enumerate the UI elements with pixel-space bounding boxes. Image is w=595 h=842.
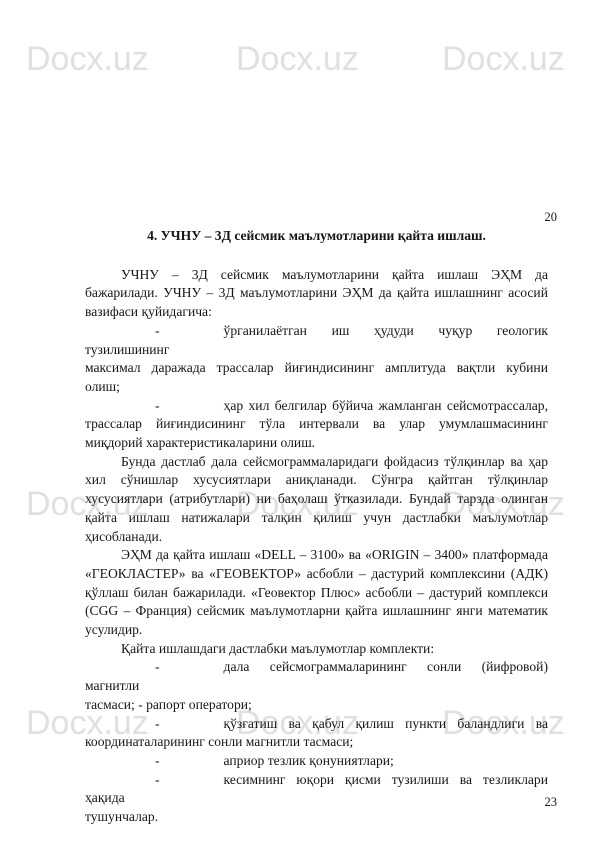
document-content: 4. УЧНУ – 3Д сейсмик маълумотларини қайт… — [85, 0, 548, 827]
text-line: УЧНУ – 3Д сейсмик маълумотларини қайта и… — [85, 266, 548, 285]
heading-gap — [85, 246, 548, 266]
document-page: Docx.uz Docx.uz Docx.uz Docx.uz Docx.uz … — [0, 0, 595, 842]
bullet-line: -априор тезлик қонуниятлари; — [85, 752, 548, 771]
paragraph-bullet-3: -дала сейсмограммаларининг сонли (йифров… — [85, 658, 548, 714]
text-line: координаталарининг сонли магнитли тасмас… — [85, 733, 548, 752]
text-line: ҳисобланади. — [85, 528, 548, 547]
bullet-line: -қўзғатиш ва қабул қилиш пункти баландли… — [85, 715, 548, 734]
text-line: «ГЕОКЛАСТЕР» ва «ГЕОВЕКТОР» асбобли – да… — [85, 565, 548, 584]
text-line: максимал даражада трассалар йиғиндисинин… — [85, 359, 548, 378]
text-line: қўллаш билан бажарилади. «Геовектор Плюс… — [85, 584, 548, 603]
paragraph-bullet-5: -априор тезлик қонуниятлари; — [85, 752, 548, 771]
text-line: тасмаси; - рапорт оператори; — [85, 696, 548, 715]
paragraph-bullet-4: -қўзғатиш ва қабул қилиш пункти баландли… — [85, 715, 548, 752]
page-number-bottom: 23 — [545, 795, 558, 809]
text-line: усулидир. — [85, 621, 548, 640]
bullet-dash: - — [155, 398, 160, 413]
text-line: вазифаси қуйидагича: — [85, 303, 548, 322]
bullet-dash: - — [155, 323, 160, 338]
text-line: миқдорий характеристикаларини олиш. — [85, 434, 548, 453]
bullet-text: априор тезлик қонуниятлари; — [224, 753, 394, 768]
page-number-top: 20 — [545, 210, 558, 224]
bullet-text: қўзғатиш ва қабул қилиш пункти баландлиг… — [224, 716, 548, 731]
paragraph-bullet-2: -ҳар хил белгилар бўйича жамланган сейсм… — [85, 397, 548, 453]
paragraph-intro: УЧНУ – 3Д сейсмик маълумотларини қайта и… — [85, 266, 548, 322]
paragraph-complect-intro: Қайта ишлашдаги дастлабки маълумотлар ко… — [85, 640, 548, 659]
bullet-line: -кесимнинг юқори қисми тузилиши ва тезли… — [85, 771, 548, 808]
paragraph-bullet-6: -кесимнинг юқори қисми тузилиши ва тезли… — [85, 771, 548, 827]
bullet-line: -дала сейсмограммаларининг сонли (йифров… — [85, 658, 548, 695]
paragraph-processing: Бунда дастлаб дала сейсмограммаларидаги … — [85, 453, 548, 547]
text-line: қайта ишлаш натижалари талқин қилиш учун… — [85, 509, 548, 528]
bullet-line: -ўрганилаётган иш ҳудуди чуқур геологик … — [85, 322, 548, 359]
bullet-line: -ҳар хил белгилар бўйича жамланган сейсм… — [85, 397, 548, 416]
text-line: трассалар йиғиндисининг тўла интервали в… — [85, 415, 548, 434]
bullet-dash: - — [155, 659, 160, 674]
bullet-dash: - — [155, 753, 160, 768]
text-line: Қайта ишлашдаги дастлабки маълумотлар ко… — [85, 640, 548, 659]
text-line: тушунчалар. — [85, 808, 548, 827]
text-line: (CGG – Франция) сейсмик маълумотларни қа… — [85, 602, 548, 621]
text-line: ЭҲМ да қайта ишлаш «DELL – 3100» ва «ORI… — [85, 546, 548, 565]
paragraph-platforms: ЭҲМ да қайта ишлаш «DELL – 3100» ва «ORI… — [85, 546, 548, 640]
bullet-dash: - — [155, 716, 160, 731]
text-line: хил сўнишлар хусусиятлари аниқланади. Сў… — [85, 471, 548, 490]
section-heading: 4. УЧНУ – 3Д сейсмик маълумотларини қайт… — [85, 227, 548, 246]
bullet-dash: - — [155, 772, 160, 787]
text-line: хусусиятлари (атрибутлари) ни баҳолаш ўт… — [85, 490, 548, 509]
text-line: Бунда дастлаб дала сейсмограммаларидаги … — [85, 453, 548, 472]
text-line: бажарилади. УЧНУ – 3Д маълумотларини ЭҲМ… — [85, 284, 548, 303]
text-line: олиш; — [85, 378, 548, 397]
bullet-text: ҳар хил белгилар бўйича жамланган сейсмо… — [224, 398, 548, 413]
paragraph-bullet-1: -ўрганилаётган иш ҳудуди чуқур геологик … — [85, 322, 548, 397]
